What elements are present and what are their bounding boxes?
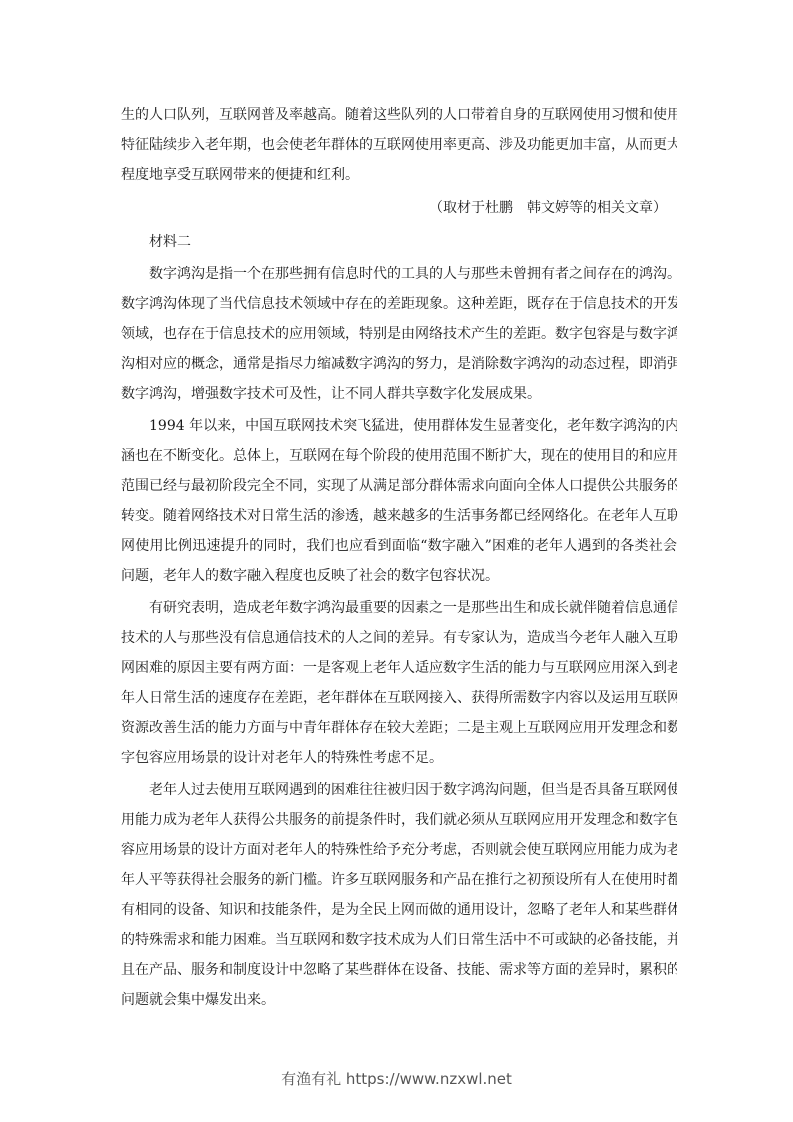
text-line: 领域，也存在于信息技术的应用领域，特别是由网络技术产生的差距。数字包容是与数字鸿 <box>121 319 677 349</box>
text-line: 沟相对应的概念，通常是指尽力缩减数字鸿沟的努力，是消除数字鸿沟的动态过程，即消弭 <box>121 349 677 379</box>
text-line: 老年人过去使用互联网遇到的困难往往被归因于数字鸿沟问题，但当是否具备互联网使 <box>121 775 677 805</box>
text-line: 范围已经与最初阶段完全不同，实现了从满足部分群体需求向面向全体人口提供公共服务的 <box>121 471 677 501</box>
text-line: 生的人口队列，互联网普及率越高。随着这些队列的人口带着自身的互联网使用习惯和使用 <box>121 100 677 130</box>
text-line: 程度地享受互联网带来的便捷和红利。 <box>121 160 677 190</box>
text-line: 容应用场景的设计方面对老年人的特殊性给予充分考虑，否则就会使互联网应用能力成为老 <box>121 835 677 865</box>
text-line: 用能力成为老年人获得公共服务的前提条件时，我们就必须从互联网应用开发理念和数字包 <box>121 805 677 835</box>
paragraph-1: 数字鸿沟是指一个在那些拥有信息时代的工具的人与那些未曾拥有者之间存在的鸿沟。 数… <box>121 259 677 409</box>
text-line: 网困难的原因主要有两方面：一是客观上老年人适应数字生活的能力与互联网应用深入到老 <box>121 653 677 683</box>
paragraph-4: 老年人过去使用互联网遇到的困难往往被归因于数字鸿沟问题，但当是否具备互联网使 用… <box>121 775 677 1015</box>
text-line: 有相同的设备、知识和技能条件，是为全民上网而做的通用设计，忽略了老年人和某些群体 <box>121 895 677 925</box>
text-line: 网使用比例迅速提升的同时，我们也应看到面临“数字融入”困难的老年人遇到的各类社会 <box>121 531 677 561</box>
paragraph-2: 1994 年以来，中国互联网技术突飞猛进，使用群体发生显著变化，老年数字鸿沟的内… <box>121 411 677 591</box>
text-line: 的特殊需求和能力困难。当互联网和数字技术成为人们日常生活中不可或缺的必备技能，并 <box>121 925 677 955</box>
text-line: 特征陆续步入老年期，也会使老年群体的互联网使用率更高、涉及功能更加丰富，从而更大 <box>121 130 677 160</box>
text-line: 1994 年以来，中国互联网技术突飞猛进，使用群体发生显著变化，老年数字鸿沟的内 <box>121 411 677 441</box>
text-line: 年人日常生活的速度存在差距，老年群体在互联网接入、获得所需数字内容以及运用互联网 <box>121 683 677 713</box>
section-heading: 材料二 <box>121 227 677 257</box>
source-citation: （取材于杜鹏 韩文婷等的相关文章） <box>121 193 677 223</box>
text-line: 数字鸿沟，增强数字技术可及性，让不同人群共享数字化发展成果。 <box>121 379 677 409</box>
document-page: 生的人口队列，互联网普及率越高。随着这些队列的人口带着自身的互联网使用习惯和使用… <box>121 100 677 1015</box>
continuation-paragraph: 生的人口队列，互联网普及率越高。随着这些队列的人口带着自身的互联网使用习惯和使用… <box>121 100 677 190</box>
footer-watermark: 有渔有礼 https://www.nzxwl.net <box>0 1068 793 1089</box>
text-line: 年人平等获得社会服务的新门槛。许多互联网服务和产品在推行之初预设所有人在使用时都 <box>121 865 677 895</box>
paragraph-3: 有研究表明，造成老年数字鸿沟最重要的因素之一是那些出生和成长就伴随着信息通信 技… <box>121 593 677 773</box>
text-line: 问题就会集中爆发出来。 <box>121 985 677 1015</box>
text-line: 字包容应用场景的设计对老年人的特殊性考虑不足。 <box>121 743 677 773</box>
text-line: 数字鸿沟体现了当代信息技术领域中存在的差距现象。这种差距，既存在于信息技术的开发 <box>121 289 677 319</box>
text-line: 涵也在不断变化。总体上，互联网在每个阶段的使用范围不断扩大，现在的使用目的和应用 <box>121 441 677 471</box>
text-line: 技术的人与那些没有信息通信技术的人之间的差异。有专家认为，造成当今老年人融入互联 <box>121 623 677 653</box>
text-line: 问题，老年人的数字融入程度也反映了社会的数字包容状况。 <box>121 561 677 591</box>
text-line: 转变。随着网络技术对日常生活的渗透，越来越多的生活事务都已经网络化。在老年人互联 <box>121 501 677 531</box>
text-line: 且在产品、服务和制度设计中忽略了某些群体在设备、技能、需求等方面的差异时，累积的 <box>121 955 677 985</box>
text-line: 数字鸿沟是指一个在那些拥有信息时代的工具的人与那些未曾拥有者之间存在的鸿沟。 <box>121 259 677 289</box>
text-line: 资源改善生活的能力方面与中青年群体存在较大差距；二是主观上互联网应用开发理念和数 <box>121 713 677 743</box>
text-line: 有研究表明，造成老年数字鸿沟最重要的因素之一是那些出生和成长就伴随着信息通信 <box>121 593 677 623</box>
